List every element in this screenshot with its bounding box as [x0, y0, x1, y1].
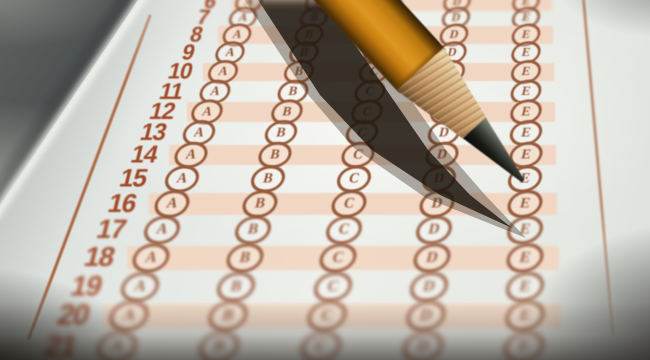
bubble-letter: B [211, 339, 226, 356]
bubble-option-b: B [195, 331, 243, 360]
bubble-letter: A [109, 339, 125, 356]
question-number: 21 [41, 332, 79, 360]
bubble-option-a: A [94, 331, 142, 360]
photo-scene: 6ABCDE7ABCDE8ABCDE9ABCDE10ABCDE11ABCDE12… [0, 0, 650, 360]
bubble-letter: E [517, 339, 532, 356]
bubble-letter: D [415, 339, 431, 356]
bubble-option-e: E [501, 331, 549, 360]
bubble-option-c: C [297, 331, 345, 360]
bubble-option-d: D [399, 331, 447, 360]
bubble-letter: C [313, 339, 329, 356]
